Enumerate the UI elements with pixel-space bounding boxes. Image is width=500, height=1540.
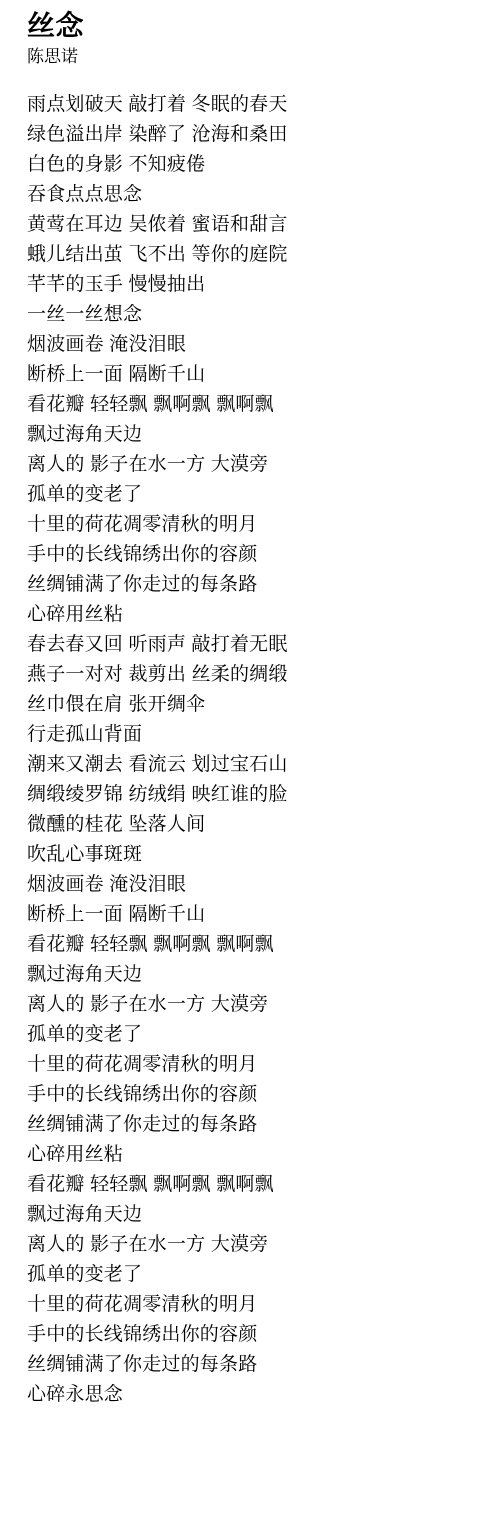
lyric-line: 飘过海角天边: [27, 420, 480, 450]
lyric-line: 丝绸铺满了你走过的每条路: [27, 1350, 480, 1380]
lyric-line: 绿色溢出岸 染醉了 沧海和桑田: [27, 120, 480, 150]
lyric-line: 十里的荷花凋零清秋的明月: [27, 1050, 480, 1080]
lyric-line: 飘过海角天边: [27, 1200, 480, 1230]
lyric-line: 看花瓣 轻轻飘 飘啊飘 飘啊飘: [27, 390, 480, 420]
lyric-line: 微醺的桂花 坠落人间: [27, 810, 480, 840]
lyric-line: 一丝一丝想念: [27, 300, 480, 330]
lyric-line: 烟波画卷 淹没泪眼: [27, 870, 480, 900]
lyric-line: 春去春又回 听雨声 敲打着无眠: [27, 630, 480, 660]
lyric-line: 蛾儿结出茧 飞不出 等你的庭院: [27, 240, 480, 270]
lyric-line: 十里的荷花凋零清秋的明月: [27, 1290, 480, 1320]
lyric-line: 看花瓣 轻轻飘 飘啊飘 飘啊飘: [27, 1170, 480, 1200]
lyrics-list: 雨点划破天 敲打着 冬眠的春天绿色溢出岸 染醉了 沧海和桑田白色的身影 不知疲倦…: [27, 90, 480, 1410]
song-title: 丝念: [27, 8, 480, 44]
lyric-line: 孤单的变老了: [27, 1260, 480, 1290]
lyric-line: 燕子一对对 裁剪出 丝柔的绸缎: [27, 660, 480, 690]
lyric-line: 十里的荷花凋零清秋的明月: [27, 510, 480, 540]
lyric-line: 心碎用丝粘: [27, 600, 480, 630]
lyric-line: 丝绸铺满了你走过的每条路: [27, 570, 480, 600]
lyric-line: 丝巾偎在肩 张开绸伞: [27, 690, 480, 720]
lyric-line: 手中的长线锦绣出你的容颜: [27, 1080, 480, 1110]
lyrics-page: 丝念 陈思诺 雨点划破天 敲打着 冬眠的春天绿色溢出岸 染醉了 沧海和桑田白色的…: [0, 0, 500, 1540]
lyric-line: 绸缎绫罗锦 纺绒绢 映红谁的脸: [27, 780, 480, 810]
lyric-line: 黄莺在耳边 吴侬着 蜜语和甜言: [27, 210, 480, 240]
song-artist: 陈思诺: [27, 46, 480, 68]
lyric-line: 丝绸铺满了你走过的每条路: [27, 1110, 480, 1140]
lyric-line: 飘过海角天边: [27, 960, 480, 990]
lyric-line: 心碎用丝粘: [27, 1140, 480, 1170]
lyric-line: 行走孤山背面: [27, 720, 480, 750]
lyric-line: 离人的 影子在水一方 大漠旁: [27, 990, 480, 1020]
lyric-line: 雨点划破天 敲打着 冬眠的春天: [27, 90, 480, 120]
lyric-line: 断桥上一面 隔断千山: [27, 900, 480, 930]
lyric-line: 吞食点点思念: [27, 180, 480, 210]
lyric-line: 心碎永思念: [27, 1380, 480, 1410]
lyric-line: 孤单的变老了: [27, 480, 480, 510]
lyric-line: 白色的身影 不知疲倦: [27, 150, 480, 180]
lyric-line: 烟波画卷 淹没泪眼: [27, 330, 480, 360]
lyric-line: 手中的长线锦绣出你的容颜: [27, 1320, 480, 1350]
lyric-line: 离人的 影子在水一方 大漠旁: [27, 1230, 480, 1260]
lyric-line: 潮来又潮去 看流云 划过宝石山: [27, 750, 480, 780]
lyric-line: 吹乱心事斑斑: [27, 840, 480, 870]
lyric-line: 手中的长线锦绣出你的容颜: [27, 540, 480, 570]
lyric-line: 离人的 影子在水一方 大漠旁: [27, 450, 480, 480]
lyric-line: 断桥上一面 隔断千山: [27, 360, 480, 390]
lyric-line: 孤单的变老了: [27, 1020, 480, 1050]
lyric-line: 芊芊的玉手 慢慢抽出: [27, 270, 480, 300]
lyric-line: 看花瓣 轻轻飘 飘啊飘 飘啊飘: [27, 930, 480, 960]
